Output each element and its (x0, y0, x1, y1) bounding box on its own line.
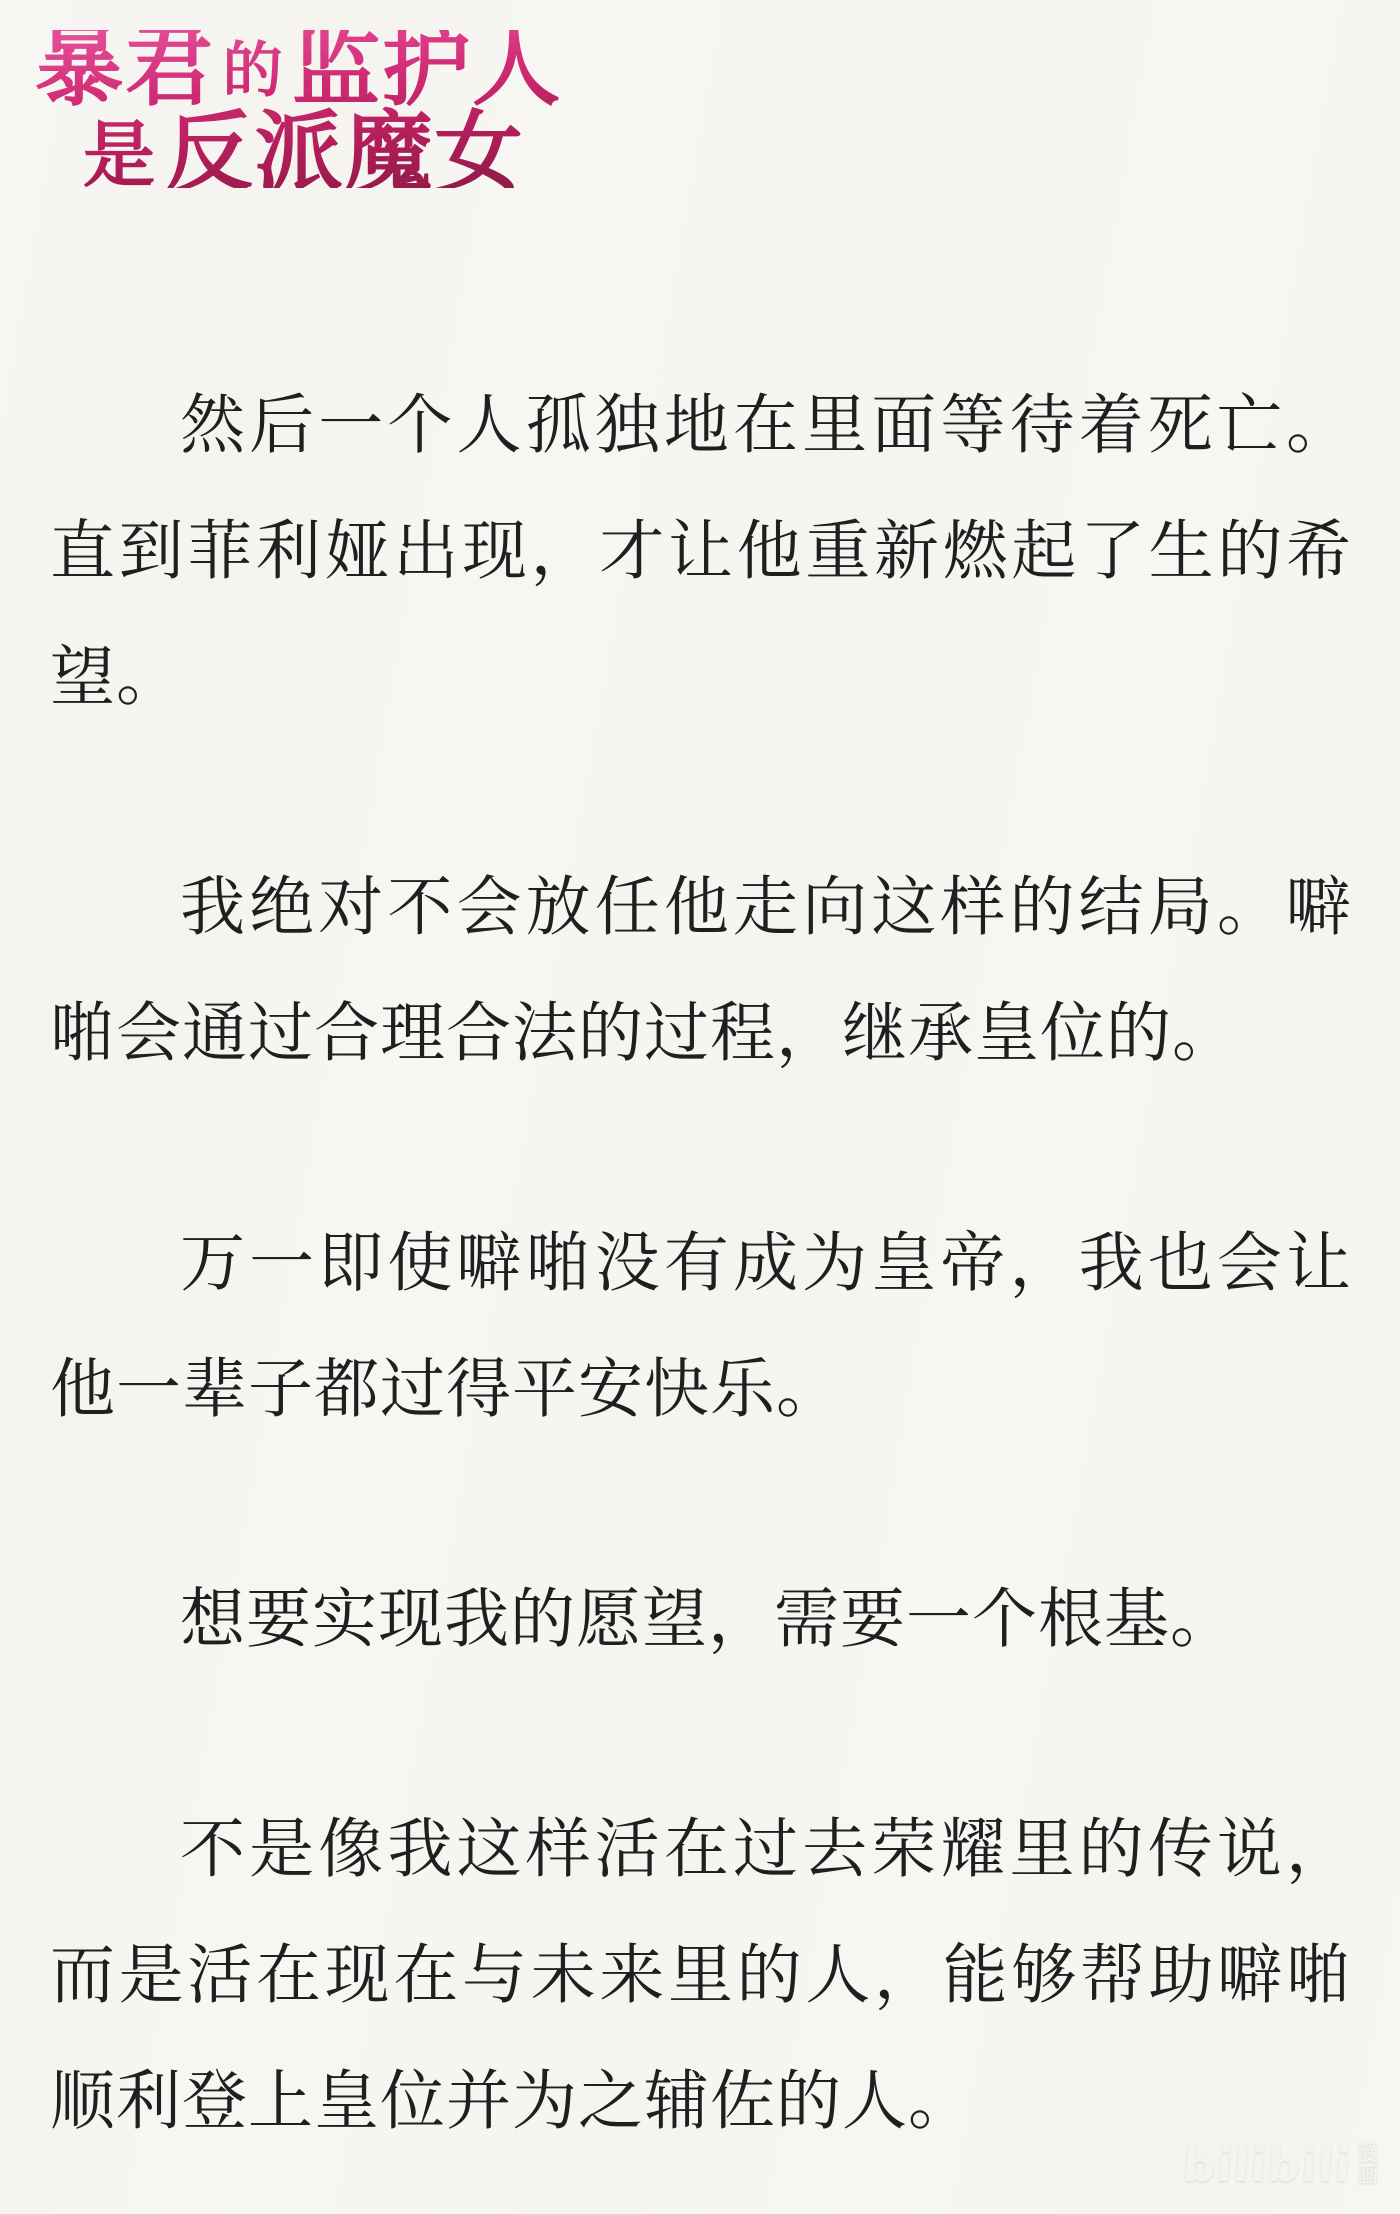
narration-paragraph: 想要实现我的愿望，需要一个根基。 (50, 1556, 1352, 1682)
narration-paragraph: 我绝对不会放任他走向这样的结局。噼啪会通过合理合法的过程，继承皇位的。 (50, 844, 1352, 1096)
series-title-line2: 是 反派魔女 (83, 116, 562, 188)
bilibili-manga-watermark: bilibili 漫 画 (1183, 2138, 1378, 2192)
series-title-segment: 反派魔女 (165, 100, 525, 204)
series-title-logo: 暴君 的 监护人 是 反派魔女 (35, 30, 562, 188)
manga-suffix-text: 漫 画 (1357, 2143, 1378, 2187)
narration-text-block: 然后一个人孤独地在里面等待着死亡。直到菲利娅出现，才让他重新燃起了生的希望。 我… (50, 362, 1352, 2164)
narration-paragraph: 万一即使噼啪没有成为皇帝，我也会让他一辈子都过得平安快乐。 (50, 1200, 1352, 1452)
series-title-segment: 的 (223, 36, 285, 106)
series-title-segment: 是 (83, 112, 157, 197)
manga-suffix-top: 漫 (1357, 2143, 1378, 2165)
series-title-line1: 暴君 的 监护人 (35, 30, 562, 102)
manga-suffix-bottom: 画 (1357, 2165, 1378, 2187)
comic-text-page: 暴君 的 监护人 是 反派魔女 然后一个人孤独地在里面等待着死亡。直到菲利娅出现… (0, 0, 1400, 2214)
bilibili-logo-text: bilibili (1181, 2138, 1353, 2192)
narration-paragraph: 不是像我这样活在过去荣耀里的传说，而是活在现在与未来里的人，能够帮助噼啪顺利登上… (50, 1786, 1352, 2164)
narration-paragraph: 然后一个人孤独地在里面等待着死亡。直到菲利娅出现，才让他重新燃起了生的希望。 (50, 362, 1352, 740)
